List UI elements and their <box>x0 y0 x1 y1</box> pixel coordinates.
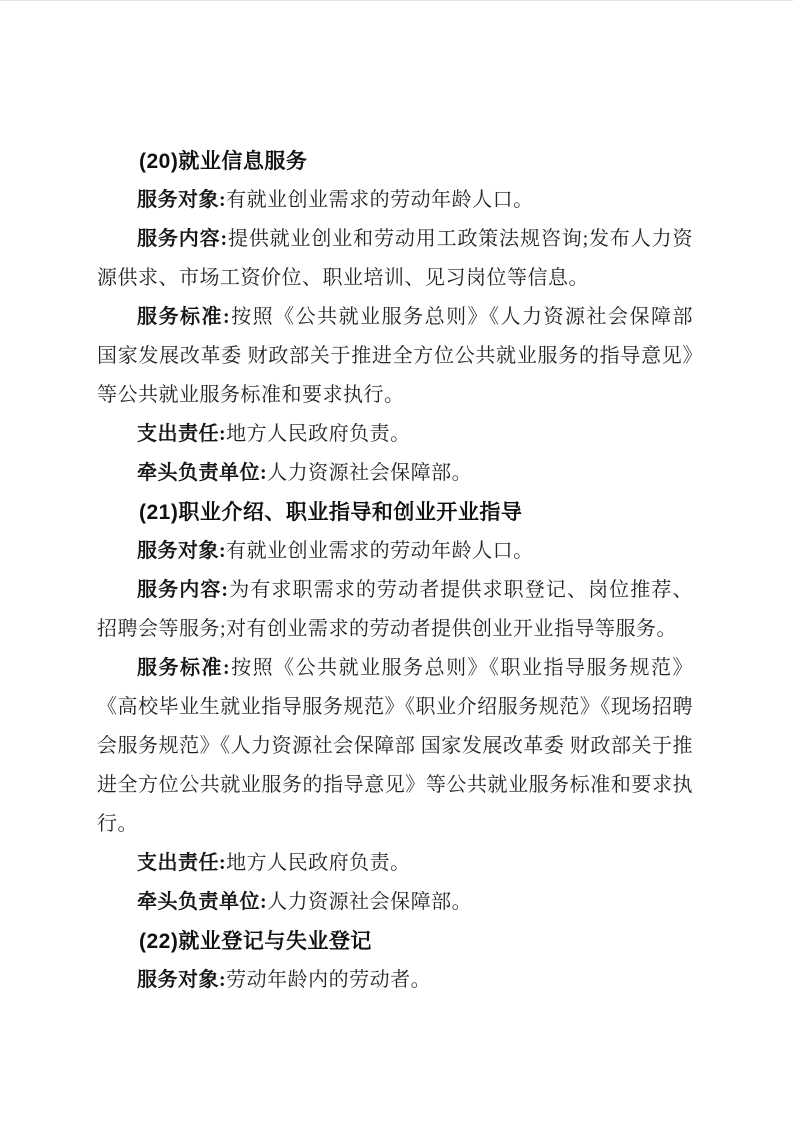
paragraph: 服务内容:为有求职需求的劳动者提供求职登记、岗位推荐、招聘会等服务;对有创业需求… <box>97 571 693 649</box>
paragraph-label: 支出责任: <box>137 852 226 874</box>
section-item-20: (20)就业信息服务 服务对象:有就业创业需求的劳动年龄人口。 服务内容:提供就… <box>97 142 693 493</box>
paragraph: 服务标准:按照《公共就业服务总则》《职业指导服务规范》《高校毕业生就业指导服务规… <box>97 649 693 844</box>
paragraph-text: 有就业创业需求的劳动年龄人口。 <box>226 189 534 211</box>
paragraph-text: 地方人民政府负责。 <box>226 852 411 874</box>
paragraph-label: 服务对象: <box>137 189 226 211</box>
paragraph-text: 劳动年龄内的劳动者。 <box>226 969 431 991</box>
paragraph-label: 服务对象: <box>137 540 226 562</box>
paragraph: 牵头负责单位:人力资源社会保障部。 <box>97 883 693 922</box>
paragraph: 服务内容:提供就业创业和劳动用工政策法规咨询;发布人力资源供求、市场工资价位、职… <box>97 220 693 298</box>
section-heading: (21)职业介绍、职业指导和创业开业指导 <box>97 493 693 532</box>
section-item-22: (22)就业登记与失业登记 服务对象:劳动年龄内的劳动者。 <box>97 922 693 1000</box>
document-page: (20)就业信息服务 服务对象:有就业创业需求的劳动年龄人口。 服务内容:提供就… <box>0 0 793 1123</box>
section-heading: (22)就业登记与失业登记 <box>97 922 693 961</box>
paragraph: 服务标准:按照《公共就业服务总则》《人力资源社会保障部 国家发展改革委 财政部关… <box>97 298 693 415</box>
paragraph-label: 服务标准: <box>137 306 230 328</box>
paragraph-label: 牵头负责单位: <box>137 891 267 913</box>
paragraph-text: 人力资源社会保障部。 <box>267 462 472 484</box>
paragraph-label: 服务内容: <box>137 228 228 250</box>
paragraph-label: 牵头负责单位: <box>137 462 267 484</box>
paragraph-text: 有就业创业需求的劳动年龄人口。 <box>226 540 534 562</box>
section-heading: (20)就业信息服务 <box>97 142 693 181</box>
paragraph: 支出责任:地方人民政府负责。 <box>97 844 693 883</box>
document-content: (20)就业信息服务 服务对象:有就业创业需求的劳动年龄人口。 服务内容:提供就… <box>97 142 693 1000</box>
paragraph-text: 按照《公共就业服务总则》《职业指导服务规范》《高校毕业生就业指导服务规范》《职业… <box>97 657 693 835</box>
paragraph: 服务对象:有就业创业需求的劳动年龄人口。 <box>97 181 693 220</box>
paragraph-label: 支出责任: <box>137 423 226 445</box>
paragraph: 支出责任:地方人民政府负责。 <box>97 415 693 454</box>
paragraph: 服务对象:劳动年龄内的劳动者。 <box>97 961 693 1000</box>
paragraph-label: 服务标准: <box>137 657 230 679</box>
paragraph-label: 服务内容: <box>137 579 229 601</box>
section-item-21: (21)职业介绍、职业指导和创业开业指导 服务对象:有就业创业需求的劳动年龄人口… <box>97 493 693 922</box>
paragraph: 牵头负责单位:人力资源社会保障部。 <box>97 454 693 493</box>
paragraph-label: 服务对象: <box>137 969 226 991</box>
paragraph-text: 人力资源社会保障部。 <box>267 891 472 913</box>
paragraph: 服务对象:有就业创业需求的劳动年龄人口。 <box>97 532 693 571</box>
paragraph-text: 地方人民政府负责。 <box>226 423 411 445</box>
